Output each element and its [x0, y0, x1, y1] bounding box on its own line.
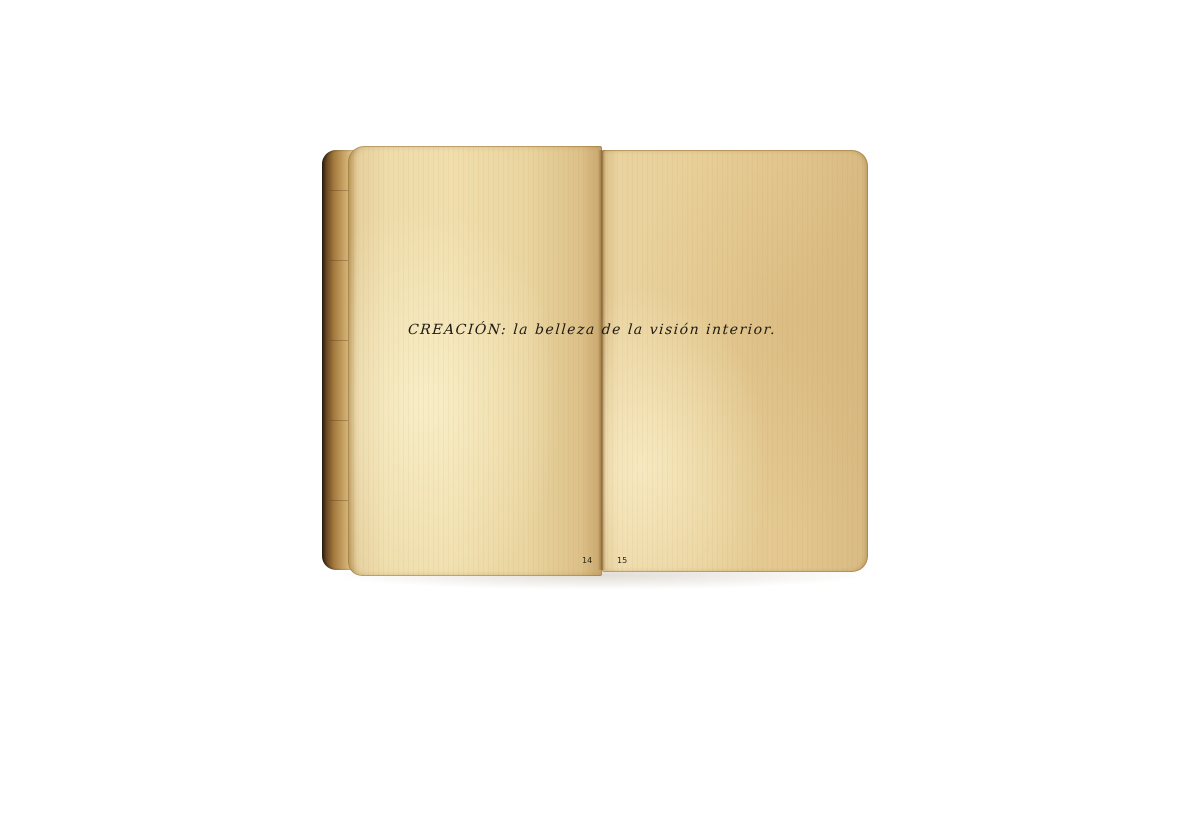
- right-page-number: 15: [617, 556, 627, 565]
- left-page-number: 14: [582, 556, 592, 565]
- notebook-gutter: [598, 150, 606, 570]
- handwritten-text: CREACIÓN: la belleza de la visión interi…: [407, 322, 788, 338]
- right-page: [602, 150, 868, 572]
- left-page: [348, 146, 602, 576]
- photo-scene: CREACIÓN: la belleza de la visión interi…: [0, 0, 1200, 818]
